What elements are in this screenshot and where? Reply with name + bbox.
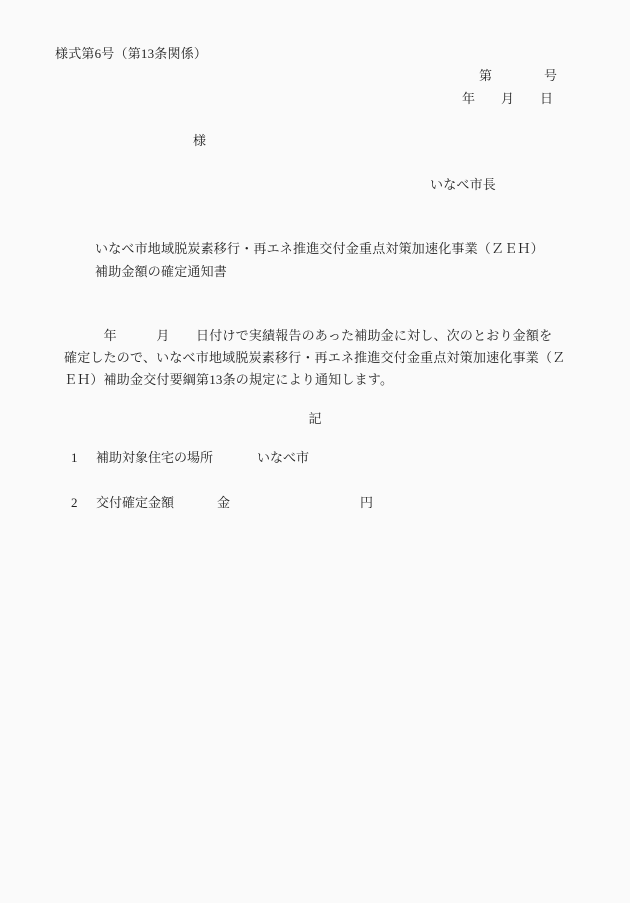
body-line-2: 確定したので、いなべ市地域脱炭素移行・再エネ推進交付金重点対策加速化事業（Ｚ — [64, 351, 565, 366]
item-1-value: いなべ市 — [257, 451, 309, 466]
item-1-label: 補助対象住宅の場所 — [96, 451, 213, 466]
record-marker: 記 — [0, 412, 630, 427]
item-2-amount-prefix: 金 — [217, 496, 230, 511]
item-1-number: 1 — [71, 451, 78, 466]
item-2-amount-suffix: 円 — [360, 496, 373, 511]
item-2-number: 2 — [71, 496, 78, 511]
doc-number-line: 第 号 — [479, 69, 557, 84]
document-title-line-1: いなべ市地域脱炭素移行・再エネ推進交付金重点対策加速化事業（ＺＥＨ） — [95, 242, 544, 257]
item-2-label: 交付確定金額 — [96, 496, 174, 511]
body-line-3: ＥＨ）補助金交付要綱第13条の規定により通知します。 — [64, 373, 393, 388]
form-label: 様式第6号（第13条関係） — [55, 47, 207, 62]
list-item-2: 2 交付確定金額 金 円 — [0, 496, 630, 516]
addressee-honorific: 様 — [193, 134, 206, 149]
list-item-1: 1 補助対象住宅の場所 いなべ市 — [0, 451, 630, 471]
date-line: 年 月 日 — [462, 92, 553, 107]
document-title-line-2: 補助金額の確定通知書 — [95, 265, 227, 280]
body-line-1: 年 月 日付けで実績報告のあった補助金に対し、次のとおり金額を — [64, 329, 552, 344]
document-page: 様式第6号（第13条関係） 第 号 年 月 日 様 いなべ市長 いなべ市地域脱炭… — [0, 0, 630, 903]
sender-name: いなべ市長 — [430, 178, 496, 193]
